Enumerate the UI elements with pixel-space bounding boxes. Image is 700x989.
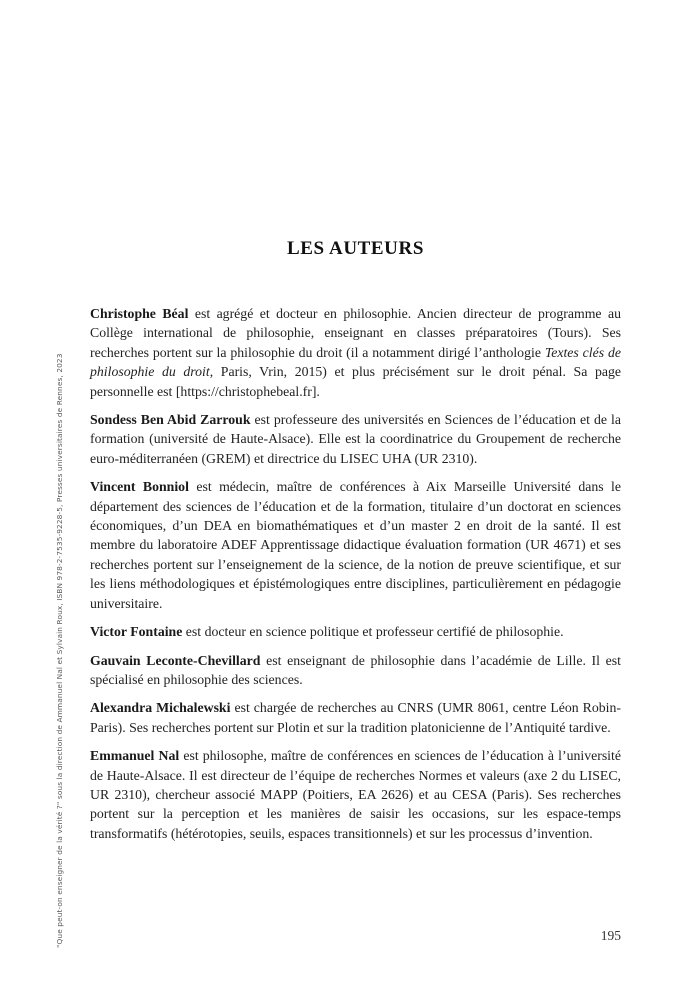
- author-paragraph: Emmanuel Nal est philosophe, maître de c…: [90, 746, 621, 843]
- author-paragraph: Christophe Béal est agrégé et docteur en…: [90, 304, 621, 401]
- book-page: "Que peut-on enseigner de la vérité ?" s…: [0, 0, 700, 989]
- page-number: 195: [90, 928, 621, 944]
- author-name: Emmanuel Nal: [90, 748, 179, 763]
- author-bio-text: est médecin, maître de conférences à Aix…: [90, 479, 621, 610]
- author-paragraph: Sondess Ben Abid Zarrouk est professeure…: [90, 410, 621, 468]
- author-paragraph: Victor Fontaine est docteur en science p…: [90, 622, 621, 641]
- author-paragraph: Vincent Bonniol est médecin, maître de c…: [90, 477, 621, 613]
- author-name: Sondess Ben Abid Zarrouk: [90, 412, 251, 427]
- author-name: Christophe Béal: [90, 306, 188, 321]
- edge-watermark-text: "Que peut-on enseigner de la vérité ?" s…: [55, 452, 66, 948]
- author-bio-text: est docteur en science politique et prof…: [182, 624, 563, 639]
- author-name: Victor Fontaine: [90, 624, 182, 639]
- author-name: Alexandra Michalewski: [90, 700, 230, 715]
- author-name: Vincent Bonniol: [90, 479, 189, 494]
- author-paragraph: Gauvain Leconte-Chevillard est enseignan…: [90, 651, 621, 690]
- author-paragraph: Alexandra Michalewski est chargée de rec…: [90, 698, 621, 737]
- page-title: LES AUTEURS: [90, 238, 621, 260]
- authors-list: Christophe Béal est agrégé et docteur en…: [90, 304, 621, 852]
- author-name: Gauvain Leconte-Chevillard: [90, 653, 260, 668]
